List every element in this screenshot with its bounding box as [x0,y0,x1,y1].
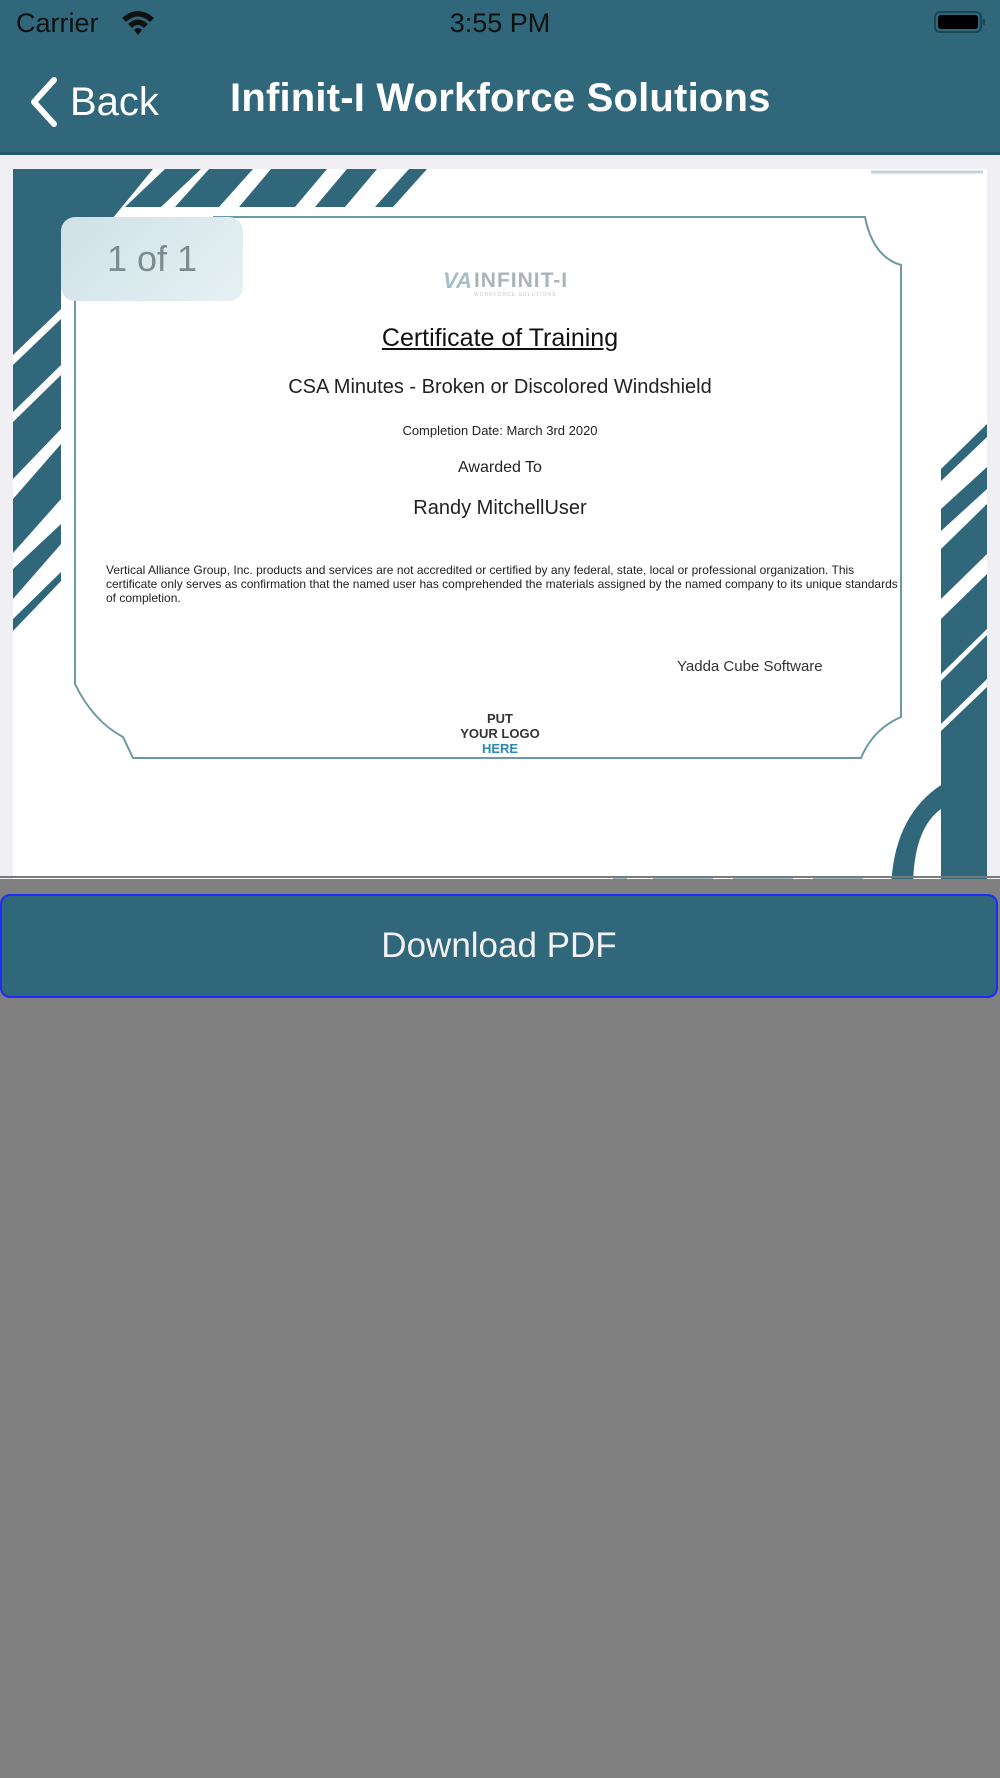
clock: 3:55 PM [0,8,1000,39]
battery-icon [934,11,986,33]
download-pdf-button[interactable]: Download PDF [0,894,998,998]
status-bar: Carrier 3:55 PM [0,0,1000,50]
app-header: Carrier 3:55 PM Back Infinit-I Workforce… [0,0,1000,155]
chevron-left-icon [28,76,60,128]
pdf-viewer[interactable]: VA INFINIT-I WORKFORCE SOLUTIONS Certifi… [0,155,1000,879]
issuing-company: Yadda Cube Software [677,658,823,675]
certificate-page: VA INFINIT-I WORKFORCE SOLUTIONS Certifi… [13,169,987,879]
awarded-to-label: Awarded To [13,459,987,477]
completion-date: Completion Date: March 3rd 2020 [13,423,987,438]
disclaimer-text: Vertical Alliance Group, Inc. products a… [106,563,906,605]
page-title: Infinit-I Workforce Solutions [230,76,771,121]
back-label: Back [70,80,159,125]
certificate-heading: Certificate of Training [13,324,987,353]
recipient-name: Randy MitchellUser [13,497,987,520]
logo-placeholder: PUT YOUR LOGO HERE [13,711,987,756]
course-name: CSA Minutes - Broken or Discolored Winds… [13,376,987,399]
infinit-i-logo: VA INFINIT-I WORKFORCE SOLUTIONS [443,268,568,294]
page-indicator: 1 of 1 [61,217,243,301]
divider [0,876,1000,878]
back-button[interactable]: Back [28,74,159,130]
navigation-bar: Back Infinit-I Workforce Solutions [0,62,1000,142]
